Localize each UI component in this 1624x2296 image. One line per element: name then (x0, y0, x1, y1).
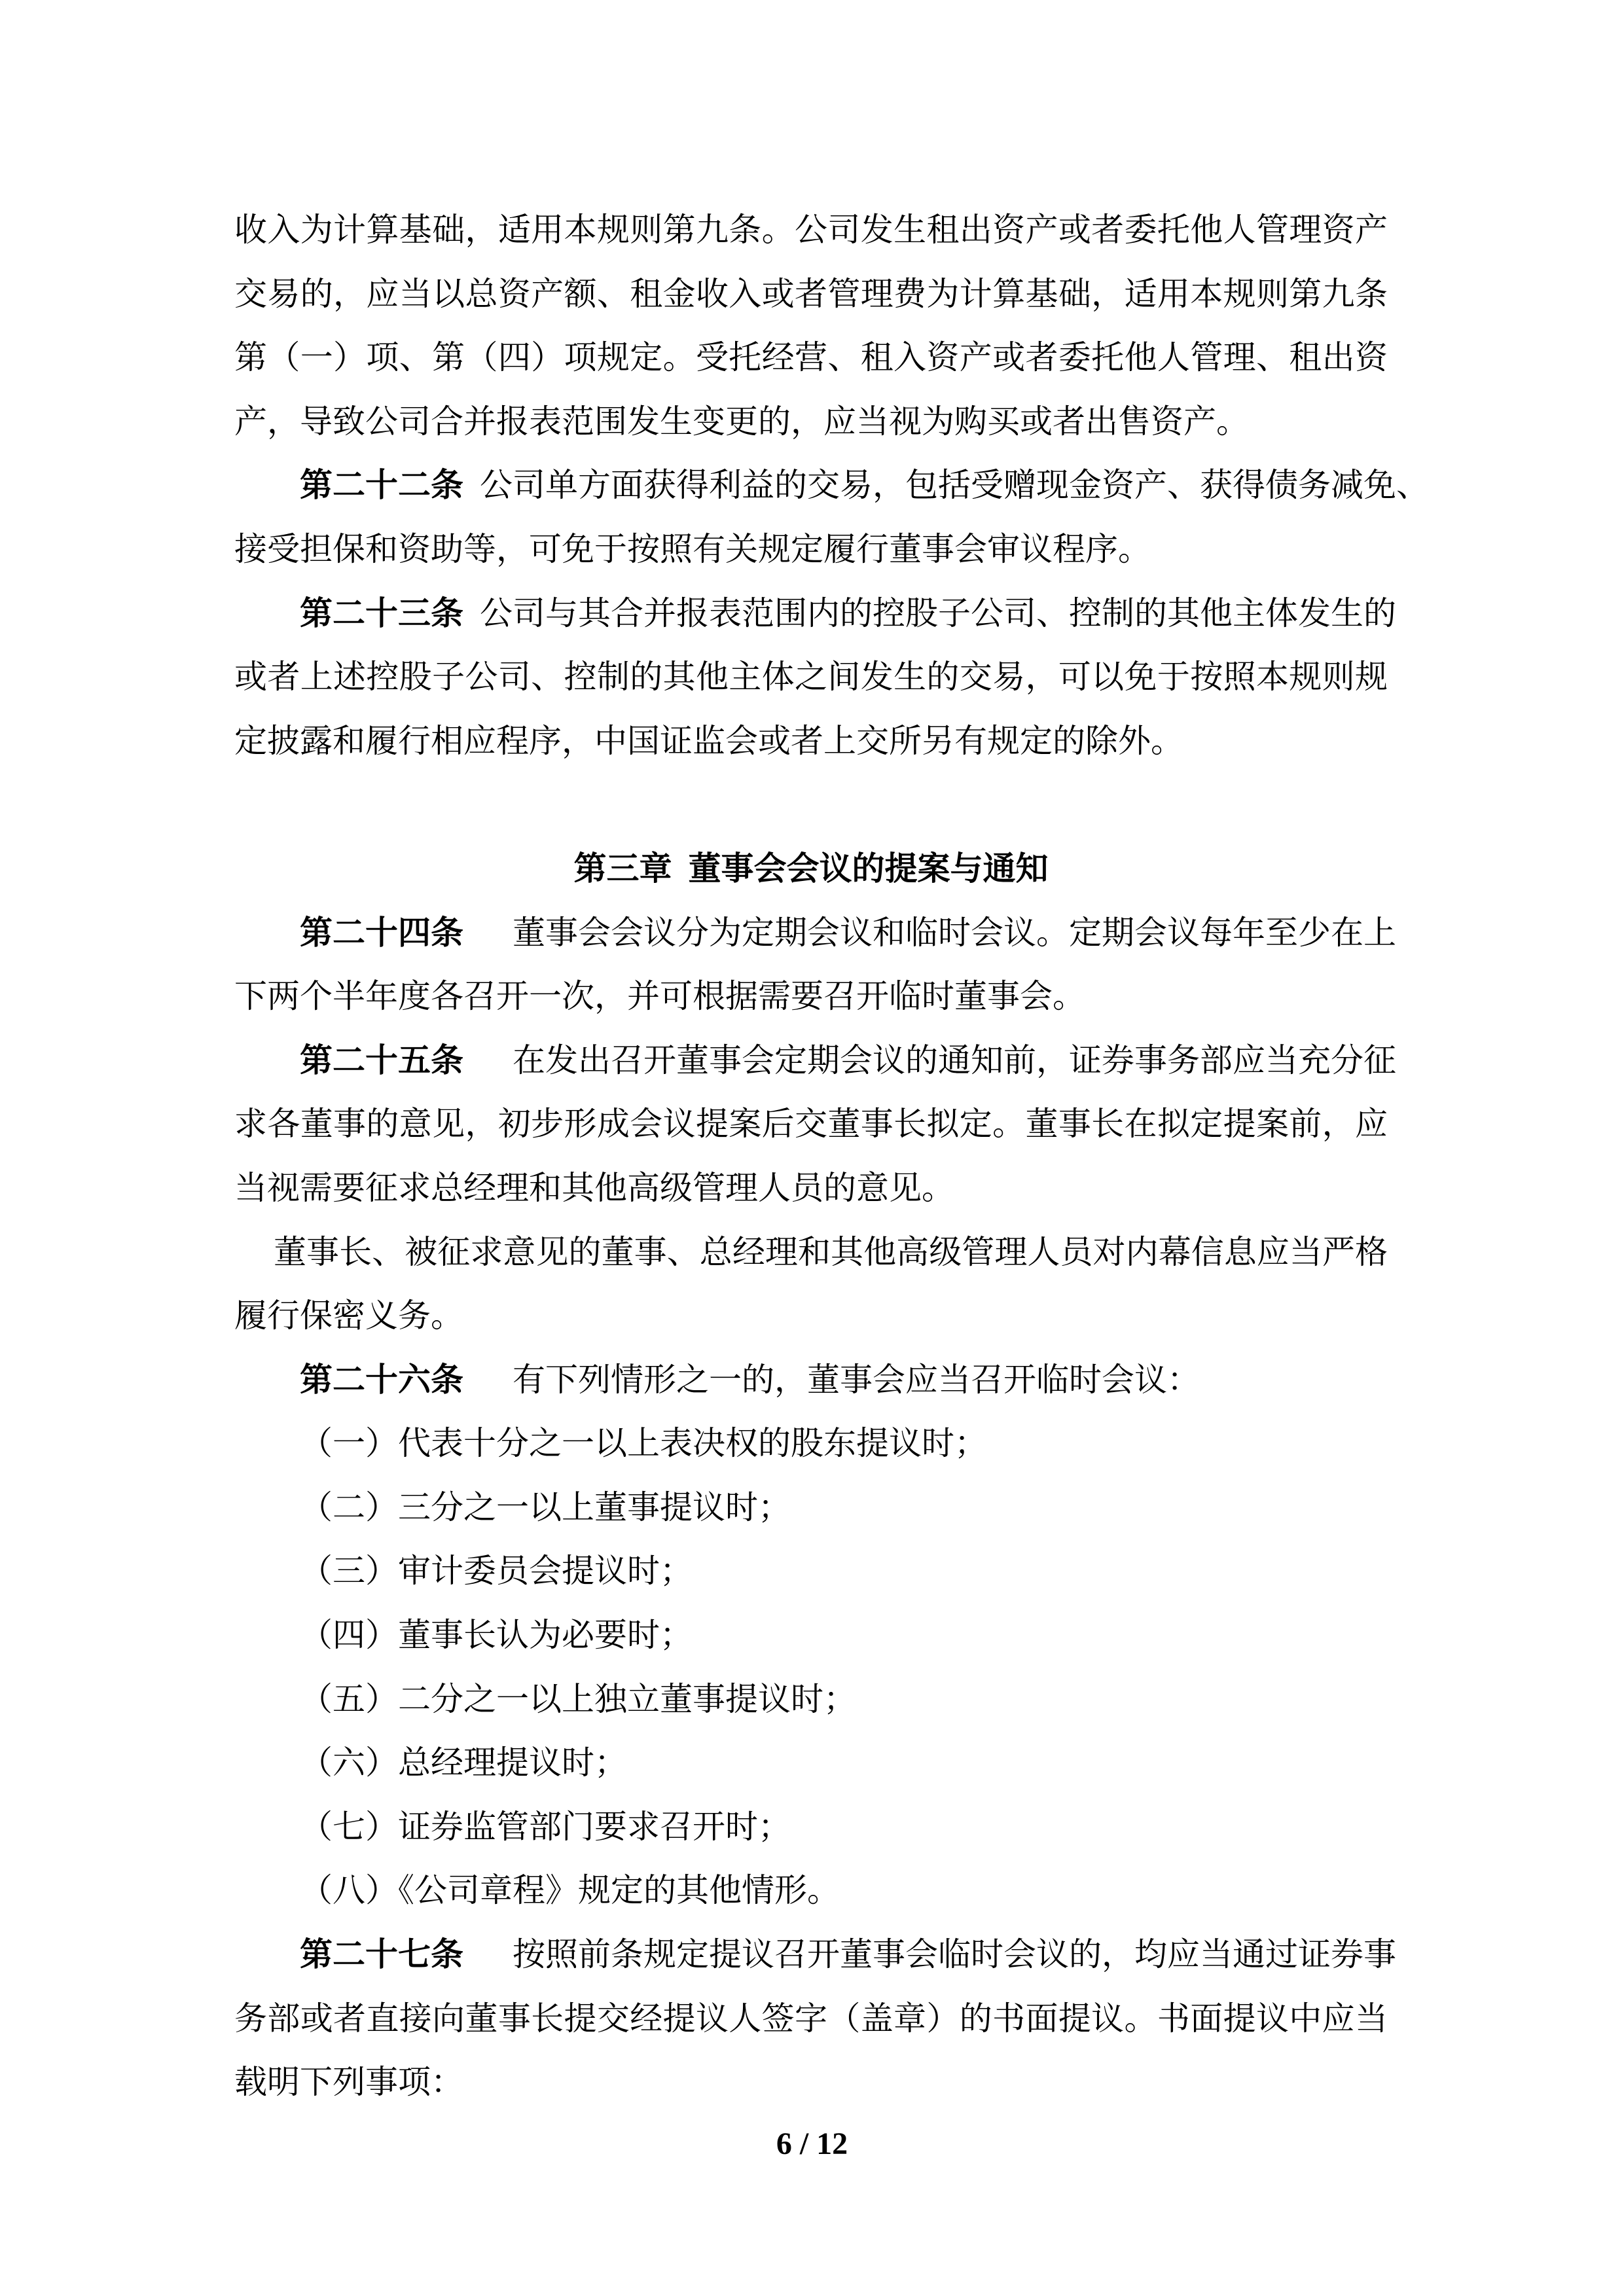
line-text: 产，导致公司合并报表范围发生变更的，应当视为购买或者出售资产。 (234, 403, 1249, 440)
line-text: 下两个半年度各召开一次，并可根据需要召开临时董事会。 (234, 978, 1085, 1014)
line-text: （五）二分之一以上独立董事提议时； (300, 1681, 856, 1717)
chapter-heading: 第三章 董事会会议的提案与通知 (234, 837, 1388, 901)
line-text: 求各董事的意见，初步形成会议提案后交董事长拟定。董事长在拟定提案前，应 (234, 1105, 1388, 1142)
line-text: （四）董事长认为必要时； (300, 1617, 693, 1653)
article-number: 第二十三条 (300, 595, 463, 632)
line-text: 董事长、被征求意见的董事、总经理和其他高级管理人员对内幕信息应当严格 (274, 1234, 1388, 1270)
line-text: （一）代表十分之一以上表决权的股东提议时； (300, 1425, 987, 1462)
text-line: 第二十六条 有下列情形之一的，董事会应当召开临时会议： (234, 1348, 1388, 1412)
list-item: （五）二分之一以上独立董事提议时； (234, 1668, 1388, 1732)
article-number: 第二十七条 (300, 1936, 463, 1973)
list-item: （六）总经理提议时； (234, 1731, 1388, 1795)
line-text: 接受担保和资助等，可免于按照有关规定履行董事会审议程序。 (234, 531, 1151, 567)
list-item: （二）三分之一以上董事提议时； (234, 1476, 1388, 1540)
article-number: 第二十四条 (300, 914, 463, 951)
text-line: 或者上述控股子公司、控制的其他主体之间发生的交易，可以免于按照本规则规 (234, 645, 1388, 709)
text-line: 第（一）项、第（四）项规定。受托经营、租入资产或者委托他人管理、租出资 (234, 326, 1388, 390)
line-text: （三）审计委员会提议时； (300, 1552, 693, 1589)
text-line: 第二十七条 按照前条规定提议召开董事会临时会议的，均应当通过证券事 (234, 1923, 1388, 1987)
text-line: 第二十五条 在发出召开董事会定期会议的通知前，证券事务部应当充分征 (234, 1029, 1388, 1093)
list-item: （八）《公司章程》规定的其他情形。 (234, 1859, 1388, 1923)
line-text: 公司与其合并报表范围内的控股子公司、控制的其他主体发生的 (463, 595, 1396, 632)
line-text: （六）总经理提议时； (300, 1744, 627, 1781)
text-line: 载明下列事项： (234, 2051, 1388, 2115)
list-item: （三）审计委员会提议时； (234, 1539, 1388, 1604)
text-line: 求各董事的意见，初步形成会议提案后交董事长拟定。董事长在拟定提案前，应 (234, 1092, 1388, 1157)
list-item: （四）董事长认为必要时； (234, 1604, 1388, 1668)
list-item: （一）代表十分之一以上表决权的股东提议时； (234, 1412, 1388, 1476)
text-line: 第二十二条 公司单方面获得利益的交易，包括受赠现金资产、获得债务减免、 (234, 454, 1388, 518)
text-line: 定披露和履行相应程序，中国证监会或者上交所另有规定的除外。 (234, 709, 1388, 774)
text-line: 下两个半年度各召开一次，并可根据需要召开临时董事会。 (234, 965, 1388, 1029)
line-text: 或者上述控股子公司、控制的其他主体之间发生的交易，可以免于按照本规则规 (234, 658, 1388, 695)
line-text: 第（一）项、第（四）项规定。受托经营、租入资产或者委托他人管理、租出资 (234, 339, 1388, 376)
line-text: 有下列情形之一的，董事会应当召开临时会议： (463, 1361, 1200, 1398)
text-line: 第二十四条 董事会会议分为定期会议和临时会议。定期会议每年至少在上 (234, 901, 1388, 965)
text-line: 接受担保和资助等，可免于按照有关规定履行董事会审议程序。 (234, 518, 1388, 582)
article-number: 第二十六条 (300, 1361, 463, 1398)
text-line: 产，导致公司合并报表范围发生变更的，应当视为购买或者出售资产。 (234, 390, 1388, 454)
line-text: 务部或者直接向董事长提交经提议人签字（盖章）的书面提议。书面提议中应当 (234, 2000, 1388, 2037)
text-line: 第二十三条 公司与其合并报表范围内的控股子公司、控制的其他主体发生的 (234, 582, 1388, 646)
line-text: （七）证券监管部门要求召开时； (300, 1808, 791, 1845)
line-text: （二）三分之一以上董事提议时； (300, 1489, 791, 1526)
line-text: 载明下列事项： (234, 2064, 463, 2100)
text-line: 董事长、被征求意见的董事、总经理和其他高级管理人员对内幕信息应当严格 (234, 1221, 1388, 1285)
blank-line (234, 773, 1388, 837)
line-text: 董事会会议分为定期会议和临时会议。定期会议每年至少在上 (463, 914, 1396, 951)
line-text: 收入为计算基础，适用本规则第九条。公司发生租出资产或者委托他人管理资产 (234, 211, 1388, 248)
text-line: 交易的，应当以总资产额、租金收入或者管理费为计算基础，适用本规则第九条 (234, 262, 1388, 327)
article-number: 第二十五条 (300, 1042, 463, 1079)
text-line: 当视需要征求总经理和其他高级管理人员的意见。 (234, 1157, 1388, 1221)
line-text: 定披露和履行相应程序，中国证监会或者上交所另有规定的除外。 (234, 723, 1183, 759)
article-number: 第二十二条 (300, 467, 463, 503)
line-text: 在发出召开董事会定期会议的通知前，证券事务部应当充分征 (463, 1042, 1396, 1079)
line-text: 当视需要征求总经理和其他高级管理人员的意见。 (234, 1170, 954, 1206)
line-text: 按照前条规定提议召开董事会临时会议的，均应当通过证券事 (463, 1936, 1396, 1973)
line-text: 公司单方面获得利益的交易，包括受赠现金资产、获得债务减免、 (463, 467, 1429, 503)
line-text: 交易的，应当以总资产额、租金收入或者管理费为计算基础，适用本规则第九条 (234, 276, 1388, 312)
text-line: 履行保密义务。 (234, 1284, 1388, 1348)
line-text: （八）《公司章程》规定的其他情形。 (300, 1872, 840, 1909)
text-line: 务部或者直接向董事长提交经提议人签字（盖章）的书面提议。书面提议中应当 (234, 1987, 1388, 2051)
list-item: （七）证券监管部门要求召开时； (234, 1795, 1388, 1859)
line-text: 履行保密义务。 (234, 1297, 463, 1334)
document-page: 收入为计算基础，适用本规则第九条。公司发生租出资产或者委托他人管理资产 交易的，… (0, 0, 1624, 2296)
page-number: 6 / 12 (0, 2125, 1624, 2164)
text-line: 收入为计算基础，适用本规则第九条。公司发生租出资产或者委托他人管理资产 (234, 198, 1388, 262)
document-body: 收入为计算基础，适用本规则第九条。公司发生租出资产或者委托他人管理资产 交易的，… (234, 198, 1388, 2115)
